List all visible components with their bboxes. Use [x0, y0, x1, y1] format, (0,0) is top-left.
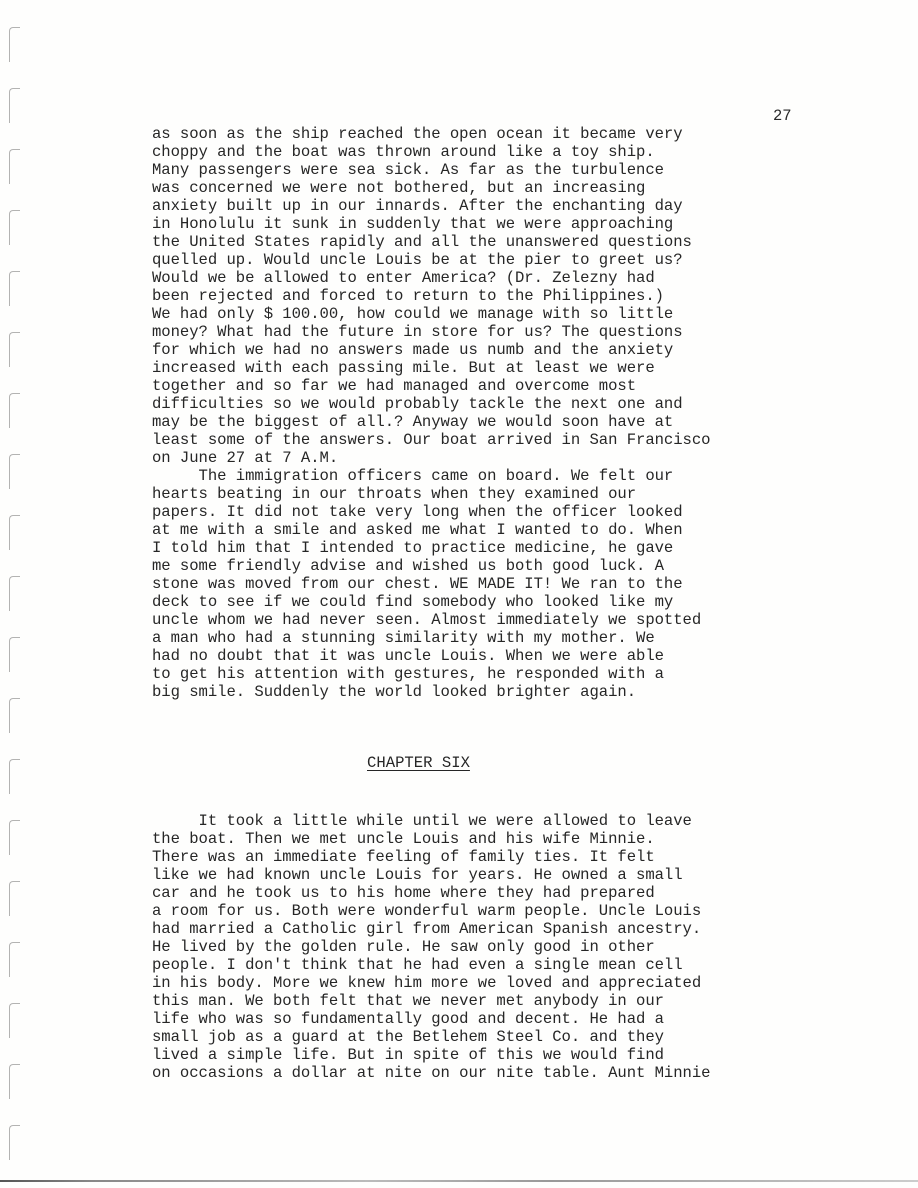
binder-mark — [9, 942, 20, 977]
binder-mark — [9, 759, 20, 794]
text-line: papers. It did not take very long when t… — [152, 503, 710, 521]
text-line: anxiety built up in our innards. After t… — [152, 197, 710, 215]
binder-mark — [9, 881, 20, 916]
text-line: Many passengers were sea sick. As far as… — [152, 161, 710, 179]
text-line: I told him that I intended to practice m… — [152, 539, 710, 557]
text-line: We had only $ 100.00, how could we manag… — [152, 305, 710, 323]
text-line: stone was moved from our chest. WE MADE … — [152, 575, 710, 593]
text-line: was concerned we were not bothered, but … — [152, 179, 710, 197]
text-line: He lived by the golden rule. He saw only… — [152, 938, 710, 956]
text-line: the United States rapidly and all the un… — [152, 233, 710, 251]
text-line: deck to see if we could find somebody wh… — [152, 593, 710, 611]
document-page: 27 as soon as the ship reached the open … — [0, 0, 918, 1188]
text-line: at me with a smile and asked me what I w… — [152, 521, 710, 539]
text-line: hearts beating in our throats when they … — [152, 485, 710, 503]
text-line: me some friendly advise and wished us bo… — [152, 557, 710, 575]
text-line: in his body. More we knew him more we lo… — [152, 974, 710, 992]
body-text-section-1: as soon as the ship reached the open oce… — [152, 125, 710, 701]
text-line: quelled up. Would uncle Louis be at the … — [152, 251, 710, 269]
binder-mark — [9, 820, 20, 855]
text-line: like we had known uncle Louis for years.… — [152, 866, 710, 884]
text-line: on occasions a dollar at nite on our nit… — [152, 1064, 710, 1082]
text-line: increased with each passing mile. But at… — [152, 359, 710, 377]
binder-mark — [9, 149, 20, 184]
text-line: money? What had the future in store for … — [152, 323, 710, 341]
text-line: on June 27 at 7 A.M. — [152, 449, 710, 467]
text-line: for which we had no answers made us numb… — [152, 341, 710, 359]
text-line: together and so far we had managed and o… — [152, 377, 710, 395]
binder-mark — [9, 1064, 20, 1099]
binder-mark — [9, 210, 20, 245]
text-line: It took a little while until we were all… — [152, 812, 710, 830]
binder-mark — [9, 698, 20, 733]
binder-mark — [9, 332, 20, 367]
text-line: least some of the answers. Our boat arri… — [152, 431, 710, 449]
text-line: big smile. Suddenly the world looked bri… — [152, 683, 710, 701]
binder-mark — [9, 1003, 20, 1038]
text-line: small job as a guard at the Betlehem Ste… — [152, 1028, 710, 1046]
text-line: had no doubt that it was uncle Louis. Wh… — [152, 647, 710, 665]
text-line: to get his attention with gestures, he r… — [152, 665, 710, 683]
page-bottom-edge — [0, 1180, 918, 1182]
text-line: There was an immediate feeling of family… — [152, 848, 710, 866]
binder-mark — [9, 576, 20, 611]
binder-mark — [9, 454, 20, 489]
text-line: life who was so fundamentally good and d… — [152, 1010, 710, 1028]
text-line: people. I don't think that he had even a… — [152, 956, 710, 974]
binder-mark — [9, 1125, 20, 1160]
text-line: car and he took us to his home where the… — [152, 884, 710, 902]
text-line: been rejected and forced to return to th… — [152, 287, 710, 305]
text-line: uncle whom we had never seen. Almost imm… — [152, 611, 710, 629]
text-line: difficulties so we would probably tackle… — [152, 395, 710, 413]
text-line: in Honolulu it sunk in suddenly that we … — [152, 215, 710, 233]
text-line: Would we be allowed to enter America? (D… — [152, 269, 710, 287]
binder-mark — [9, 393, 20, 428]
text-line: lived a simple life. But in spite of thi… — [152, 1046, 710, 1064]
chapter-heading-text: CHAPTER SIX — [367, 754, 470, 772]
binder-mark — [9, 27, 20, 62]
text-line: as soon as the ship reached the open oce… — [152, 125, 710, 143]
text-line: choppy and the boat was thrown around li… — [152, 143, 710, 161]
text-line: had married a Catholic girl from America… — [152, 920, 710, 938]
text-line: may be the biggest of all.? Anyway we wo… — [152, 413, 710, 431]
text-line: a man who had a stunning similarity with… — [152, 629, 710, 647]
binder-mark — [9, 88, 20, 123]
text-line: this man. We both felt that we never met… — [152, 992, 710, 1010]
text-line: The immigration officers came on board. … — [152, 467, 710, 485]
body-text-section-2: It took a little while until we were all… — [152, 812, 710, 1082]
text-line: the boat. Then we met uncle Louis and hi… — [152, 830, 710, 848]
binder-mark — [9, 637, 20, 672]
chapter-heading: CHAPTER SIX — [367, 754, 470, 772]
binder-mark — [9, 515, 20, 550]
page-number: 27 — [773, 107, 792, 125]
binder-mark — [9, 271, 20, 306]
text-line: a room for us. Both were wonderful warm … — [152, 902, 710, 920]
